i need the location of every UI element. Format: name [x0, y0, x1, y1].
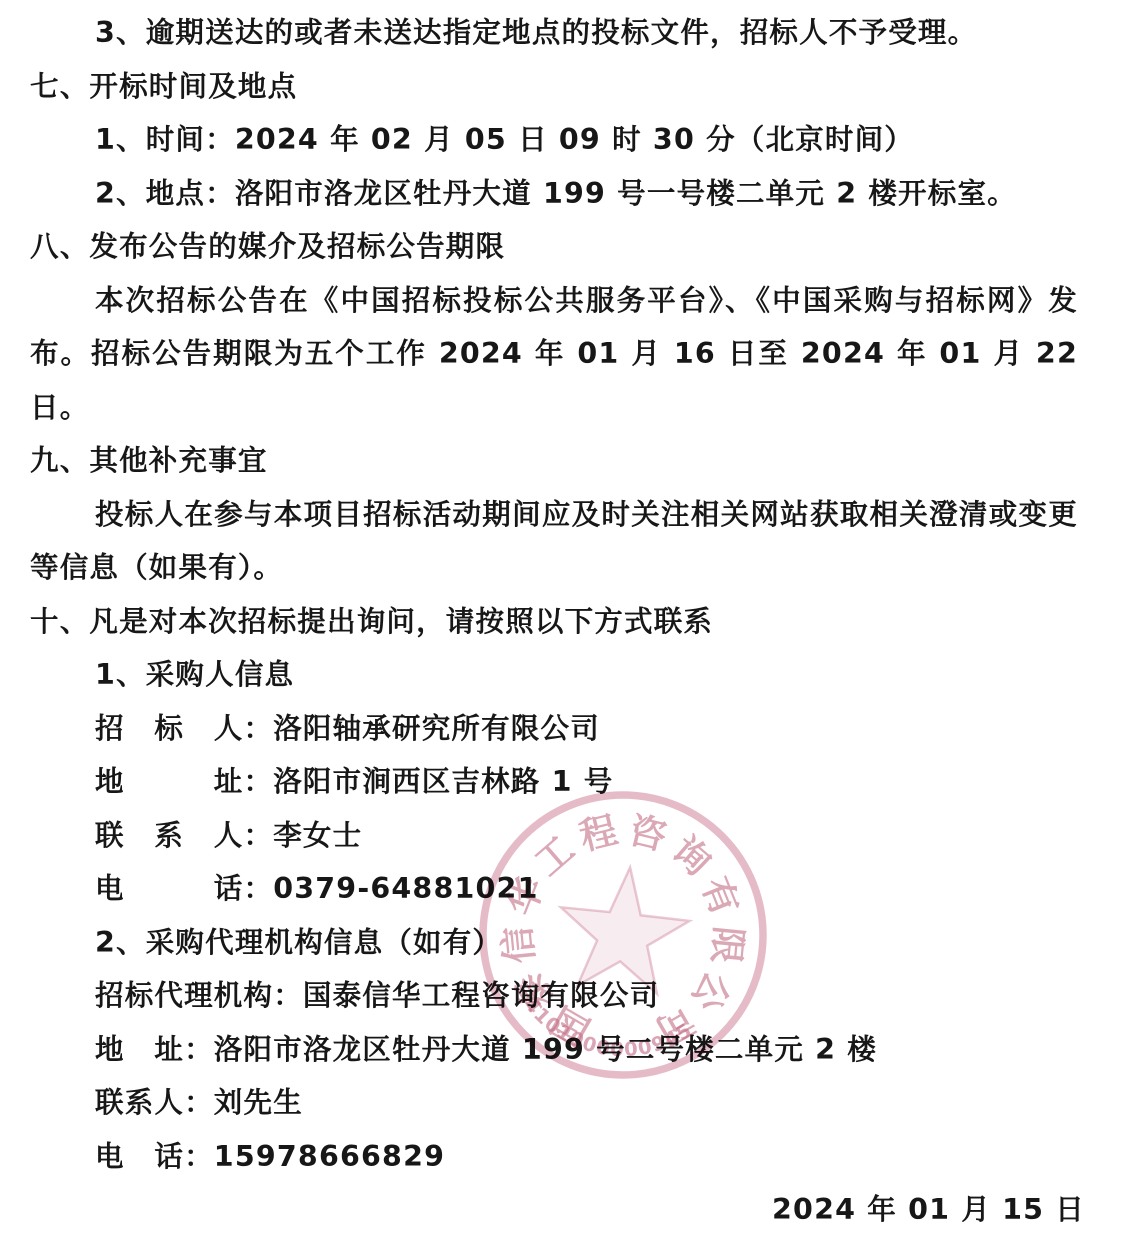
announcement-media-paragraph: 本次招标公告在《中国招标投标公共服务平台》、《中国采购与招标网》发布。招标公告期… [30, 274, 1078, 435]
document-page: 3、逾期送达的或者未送达指定地点的投标文件，招标人不予受理。 七、开标时间及地点… [0, 0, 1147, 1241]
agency-info-heading: 2、采购代理机构信息（如有） [30, 916, 1111, 970]
section-heading-8-announcement-media: 八、发布公告的媒介及招标公告期限 [30, 220, 1111, 274]
purchaser-contact-person: 联 系 人：李女士 [30, 809, 1111, 863]
agency-phone: 电 话：15978666829 [30, 1130, 1111, 1184]
agency-address: 地 址：洛阳市洛龙区牡丹大道 199 号二号楼二单元 2 楼 [30, 1023, 1111, 1077]
section-heading-9-supplementary: 九、其他补充事宜 [30, 434, 1111, 488]
document-date: 2024 年 01 月 15 日 [30, 1183, 1111, 1237]
supplementary-paragraph: 投标人在参与本项目招标活动期间应及时关注相关网站获取相关澄清或变更等信息（如果有… [30, 488, 1078, 595]
bid-opening-place: 2、地点：洛阳市洛龙区牡丹大道 199 号一号楼二单元 2 楼开标室。 [30, 167, 1111, 221]
agency-name: 招标代理机构：国泰信华工程咨询有限公司 [30, 969, 1111, 1023]
clause-overdue-delivery: 3、逾期送达的或者未送达指定地点的投标文件，招标人不予受理。 [30, 6, 1111, 60]
purchaser-name: 招 标 人：洛阳轴承研究所有限公司 [30, 702, 1111, 756]
section-heading-7-bid-opening: 七、开标时间及地点 [30, 60, 1111, 114]
bid-opening-time: 1、时间：2024 年 02 月 05 日 09 时 30 分（北京时间） [30, 113, 1111, 167]
purchaser-info-heading: 1、采购人信息 [30, 648, 1111, 702]
purchaser-address: 地 址：洛阳市涧西区吉林路 1 号 [30, 755, 1111, 809]
purchaser-phone: 电 话：0379-64881021 [30, 862, 1111, 916]
section-heading-10-contact: 十、凡是对本次招标提出询问，请按照以下方式联系 [30, 595, 1111, 649]
agency-contact-person: 联系人：刘先生 [30, 1076, 1111, 1130]
document-body: 3、逾期送达的或者未送达指定地点的投标文件，招标人不予受理。 七、开标时间及地点… [30, 6, 1111, 1237]
